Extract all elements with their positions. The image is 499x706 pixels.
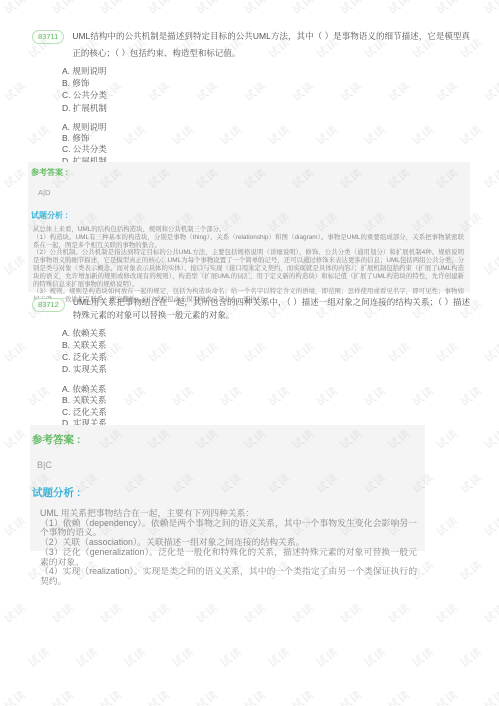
analysis-label: 试题分析 : (31, 210, 466, 221)
options-list-primary: A. 规则说明B. 修饰C. 公共分类D. 扩展机制 (62, 65, 470, 114)
page: { "page": { "background": "#ffffff", "wa… (0, 0, 499, 706)
analysis-paragraph: 从总体上来看，UML的结构包括构造块、规则和公共机制三个部分。 (33, 226, 464, 234)
answer-label: 参考答案 : (32, 432, 419, 447)
question-text: UML结构中的公共机制是描述到特定目标的公共UML方法，其中（ ）是事物语义的细… (72, 28, 470, 61)
document-content: 83711 UML结构中的公共机制是描述到特定目标的公共UML方法，其中（ ）是… (0, 0, 499, 706)
option-item: D. 扩展机制 (62, 102, 470, 114)
option-item: C. 公共分类 (62, 144, 470, 155)
options-list-repeat: A. 规则说明B. 修饰C. 公共分类D. 扩展机制 (62, 122, 470, 167)
analysis-text: 从总体上来看，UML的结构包括构造块、规则和公共机制三个部分。（1）构造块。UM… (33, 226, 464, 304)
analysis-paragraph: （3）泛化（generalization）。泛化是一般化和特殊化的关系，描述特殊… (40, 548, 417, 567)
analysis-paragraph: （1）依赖（dependency）。依赖是两个事物之间的语义关系，其中一个事物发… (40, 519, 417, 538)
option-item: B. 关联关系 (62, 339, 470, 351)
question-text: UML用关系把事物结合在一起，其所包含的四种关系中，（ ）描述一组对象之间连接的… (73, 296, 470, 322)
options-list-repeat: A. 依赖关系B. 关联关系C. 泛化关系D. 实现关系 (62, 384, 470, 429)
option-item: C. 泛化关系 (62, 407, 470, 418)
answer-value: A|D (38, 188, 466, 197)
question-id-badge: 83712 (32, 298, 65, 312)
question-id-badge: 83711 (32, 30, 64, 44)
option-item: D. 实现关系 (62, 363, 470, 375)
option-item: A. 依赖关系 (62, 384, 470, 395)
analysis-paragraph: （2）公共机制。公共机制是指达到特定目标的公共UML方法，主要包括规格说明（详细… (33, 249, 464, 288)
analysis-paragraph: （1）构造块。UML有三种基本的构造块，分别是事物（thing）、关系（rela… (33, 234, 464, 250)
question-block-83711: 83711 UML结构中的公共机制是描述到特定目标的公共UML方法，其中（ ）是… (32, 28, 470, 167)
question-block-83712: 83712 UML用关系把事物结合在一起，其所包含的四种关系中，（ ）描述一组对… (32, 296, 470, 429)
answer-value: B|C (37, 460, 419, 470)
options-list-primary: A. 依赖关系B. 关联关系C. 泛化关系D. 实现关系 (62, 327, 470, 375)
option-item: B. 修饰 (62, 77, 470, 89)
answer-panel-83712: 参考答案 : B|C 试题分析 : UML 用关系把事物结合在一起，主要有下列四… (30, 425, 425, 551)
option-item: A. 依赖关系 (62, 327, 470, 339)
option-item: A. 规则说明 (62, 65, 470, 77)
question-header: 83711 UML结构中的公共机制是描述到特定目标的公共UML方法，其中（ ）是… (32, 28, 470, 61)
analysis-text: UML 用关系把事物结合在一起，主要有下列四种关系：（1）依赖（dependen… (40, 509, 417, 587)
option-item: A. 规则说明 (62, 122, 470, 133)
option-item: C. 泛化关系 (62, 351, 470, 363)
option-item: B. 修饰 (62, 133, 470, 144)
option-item: B. 关联关系 (62, 395, 470, 406)
answer-label: 参考答案 : (31, 167, 466, 178)
answer-panel-83711: 参考答案 : A|D 试题分析 : 从总体上来看，UML的结构包括构造块、规则和… (28, 162, 470, 292)
analysis-paragraph: （4）实现（realization）。实现是类之间的语义关系，其中的一个类指定了… (40, 567, 417, 586)
option-item: C. 公共分类 (62, 89, 470, 101)
question-header: 83712 UML用关系把事物结合在一起，其所包含的四种关系中，（ ）描述一组对… (32, 296, 470, 322)
analysis-label: 试题分析 : (32, 485, 419, 500)
